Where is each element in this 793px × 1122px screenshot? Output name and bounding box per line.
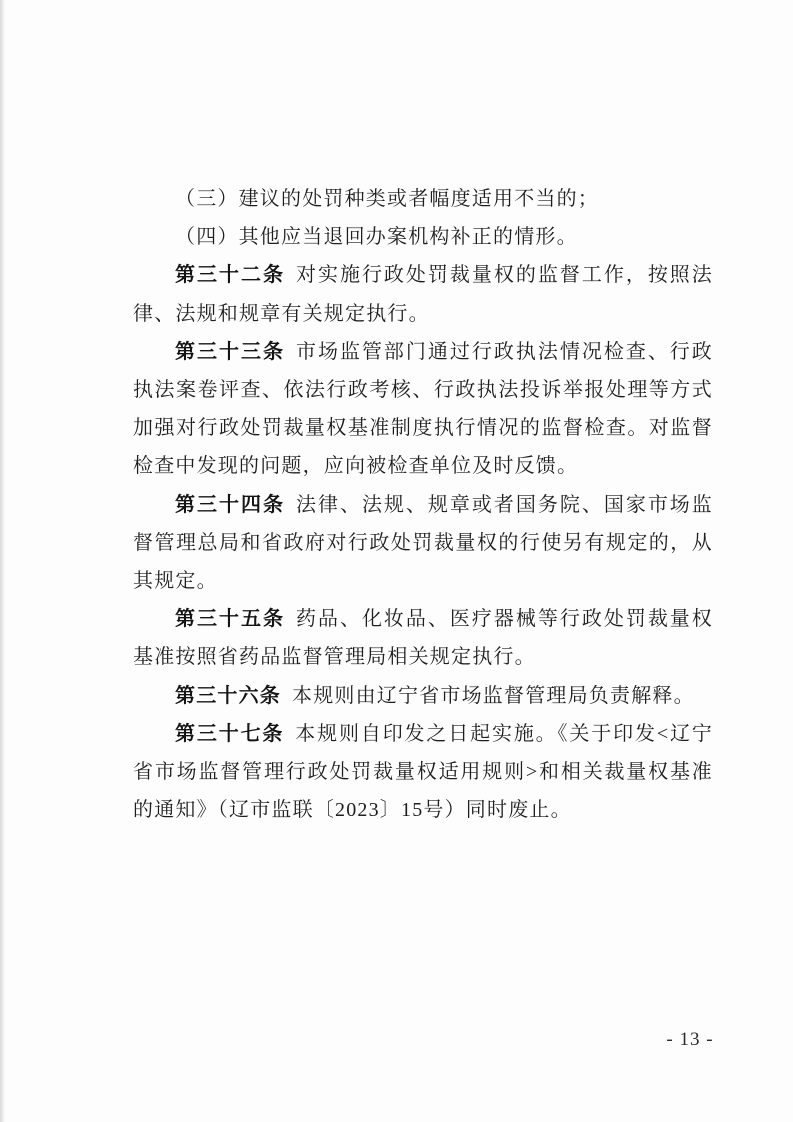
paragraph: 第三十四条法律、法规、规章或者国务院、国家市场监督管理总局和省政府对行政处罚裁量… <box>133 486 713 601</box>
scan-edge-shadow <box>0 0 5 1122</box>
page-number: - 13 - <box>660 1029 720 1051</box>
article-number: 第三十四条 <box>175 494 285 516</box>
paragraph-text: （三）建议的处罚种类或者幅度适用不当的； <box>175 188 599 210</box>
article-number: 第三十七条 <box>175 723 284 745</box>
paragraph-text: 本规则由辽宁省市场监督管理局负责解释。 <box>292 685 695 707</box>
paragraph: 第三十二条对实施行政处罚裁量权的监督工作，按照法律、法规和规章有关规定执行。 <box>133 256 713 332</box>
article-number: 第三十三条 <box>175 341 285 363</box>
paragraph: 第三十五条药品、化妆品、医疗器械等行政处罚裁量权基准按照省药品监督管理局相关规定… <box>133 600 713 676</box>
article-number: 第三十六条 <box>175 685 281 707</box>
paragraph: 第三十七条本规则自印发之日起实施。《关于印发<辽宁省市场监督管理行政处罚裁量权适… <box>133 715 713 830</box>
paragraph: （四）其他应当退回办案机构补正的情形。 <box>133 218 713 256</box>
paragraph-text: （四）其他应当退回办案机构补正的情形。 <box>175 226 578 248</box>
document-body: （三）建议的处罚种类或者幅度适用不当的；（四）其他应当退回办案机构补正的情形。第… <box>133 180 713 829</box>
article-number: 第三十二条 <box>175 264 285 286</box>
article-number: 第三十五条 <box>175 608 285 630</box>
paragraph: 第三十三条市场监管部门通过行政执法情况检查、行政执法案卷评查、依法行政考核、行政… <box>133 333 713 486</box>
paragraph: （三）建议的处罚种类或者幅度适用不当的； <box>133 180 713 218</box>
paragraph: 第三十六条本规则由辽宁省市场监督管理局负责解释。 <box>133 677 713 715</box>
